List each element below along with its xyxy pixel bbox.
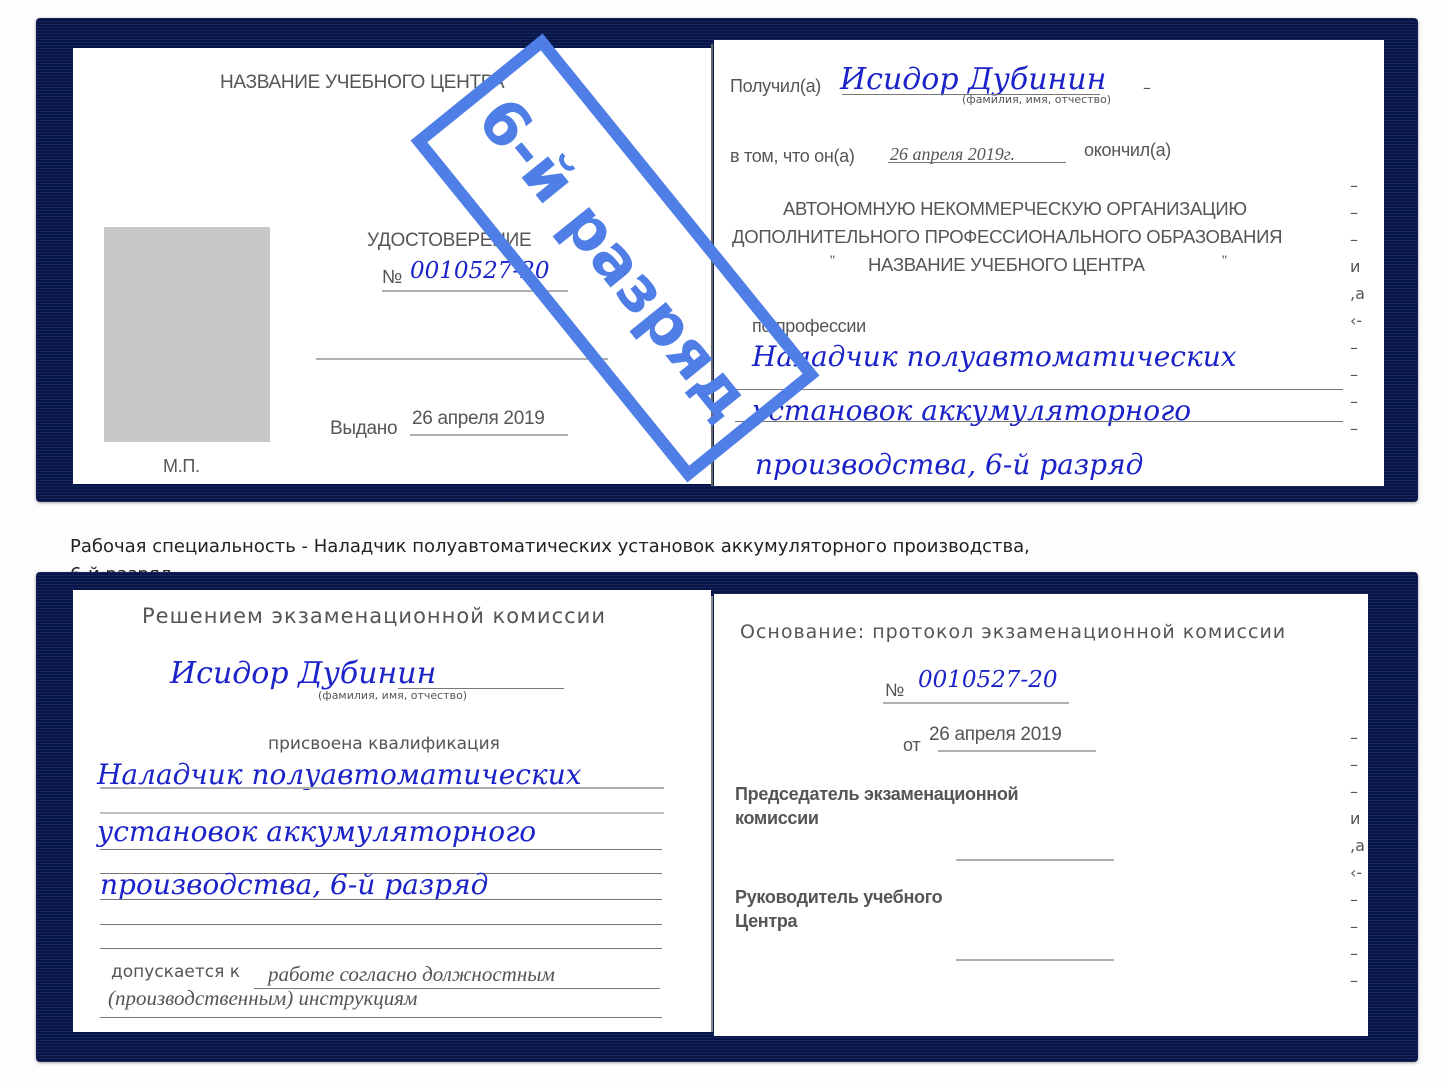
holder-name-hint: (фамилия, имя, отчество) xyxy=(318,689,467,702)
protocol-number-prefix: № xyxy=(885,680,904,701)
photo-placeholder xyxy=(104,227,270,442)
name-hint: (фамилия, имя, отчество) xyxy=(962,93,1111,106)
grade-stamp: 6-й разряд xyxy=(430,58,820,468)
dash-mark: – xyxy=(1143,78,1151,97)
qualification-label: присвоена квалификация xyxy=(268,734,500,754)
admitted-rule-2 xyxy=(100,1017,662,1018)
chairman-label-1: Председатель экзаменационной xyxy=(735,784,1018,805)
profession-line-1: Наладчик полуавтоматических xyxy=(752,340,1237,373)
seal-label: М.П. xyxy=(163,456,200,477)
admitted-line-2: (производственным) инструкциям xyxy=(108,986,417,1011)
profession-rule-1 xyxy=(735,389,1343,390)
holder-name: Исидор Дубинин xyxy=(170,656,436,691)
basis-title: Основание: протокол экзаменационной коми… xyxy=(740,621,1286,643)
org-line-3-close: " xyxy=(1222,252,1227,268)
spine-bottom xyxy=(711,596,713,1032)
qual-rule-1 xyxy=(100,787,664,789)
recipient-name: Исидор Дубинин xyxy=(840,62,1106,97)
issued-label: Выдано xyxy=(330,418,397,440)
head-label-1: Руководитель учебного xyxy=(735,887,942,908)
chairman-label-2: комиссии xyxy=(735,808,819,829)
qualification-line-3: производства, 6-й разряд xyxy=(100,868,488,901)
edge-marks-top: – – – и ,а ‹- – – – – xyxy=(1350,176,1365,446)
number-prefix: № xyxy=(382,267,402,289)
head-signature-line xyxy=(956,959,1114,961)
date-prefix: от xyxy=(903,735,920,756)
chairman-signature-line xyxy=(956,859,1114,861)
stamp-text: 6-й разряд xyxy=(410,34,819,483)
org-line-3-open: " xyxy=(830,252,835,268)
protocol-number: 0010527-20 xyxy=(918,667,1057,693)
protocol-date-line xyxy=(938,750,1096,752)
admitted-line-1: работе согласно должностным xyxy=(268,962,555,987)
decision-title: Решением экзаменационной комиссии xyxy=(142,604,606,628)
qual-rule-3 xyxy=(100,849,662,850)
protocol-date: 26 апреля 2019 xyxy=(929,724,1062,746)
completion-line xyxy=(888,162,1066,163)
qual-rule-2 xyxy=(100,812,664,814)
admitted-label: допускается к xyxy=(111,962,240,982)
edge-marks-bottom: – – – и ,а ‹- – – – – xyxy=(1350,728,1365,998)
protocol-number-line xyxy=(883,702,1069,704)
qual-rule-5 xyxy=(100,899,662,900)
qualification-line-2: установок аккумуляторного xyxy=(97,815,536,848)
profession-rule-2 xyxy=(735,421,1343,422)
completed-label: окончил(а) xyxy=(1084,140,1171,161)
qual-rule-6 xyxy=(100,924,662,925)
qual-rule-7 xyxy=(100,948,662,949)
org-line-1: АВТОНОМНУЮ НЕКОММЕРЧЕСКУЮ ОРГАНИЗАЦИЮ xyxy=(783,198,1247,220)
head-label-2: Центра xyxy=(735,911,797,932)
org-line-3: НАЗВАНИЕ УЧЕБНОГО ЦЕНТРА xyxy=(868,254,1145,276)
